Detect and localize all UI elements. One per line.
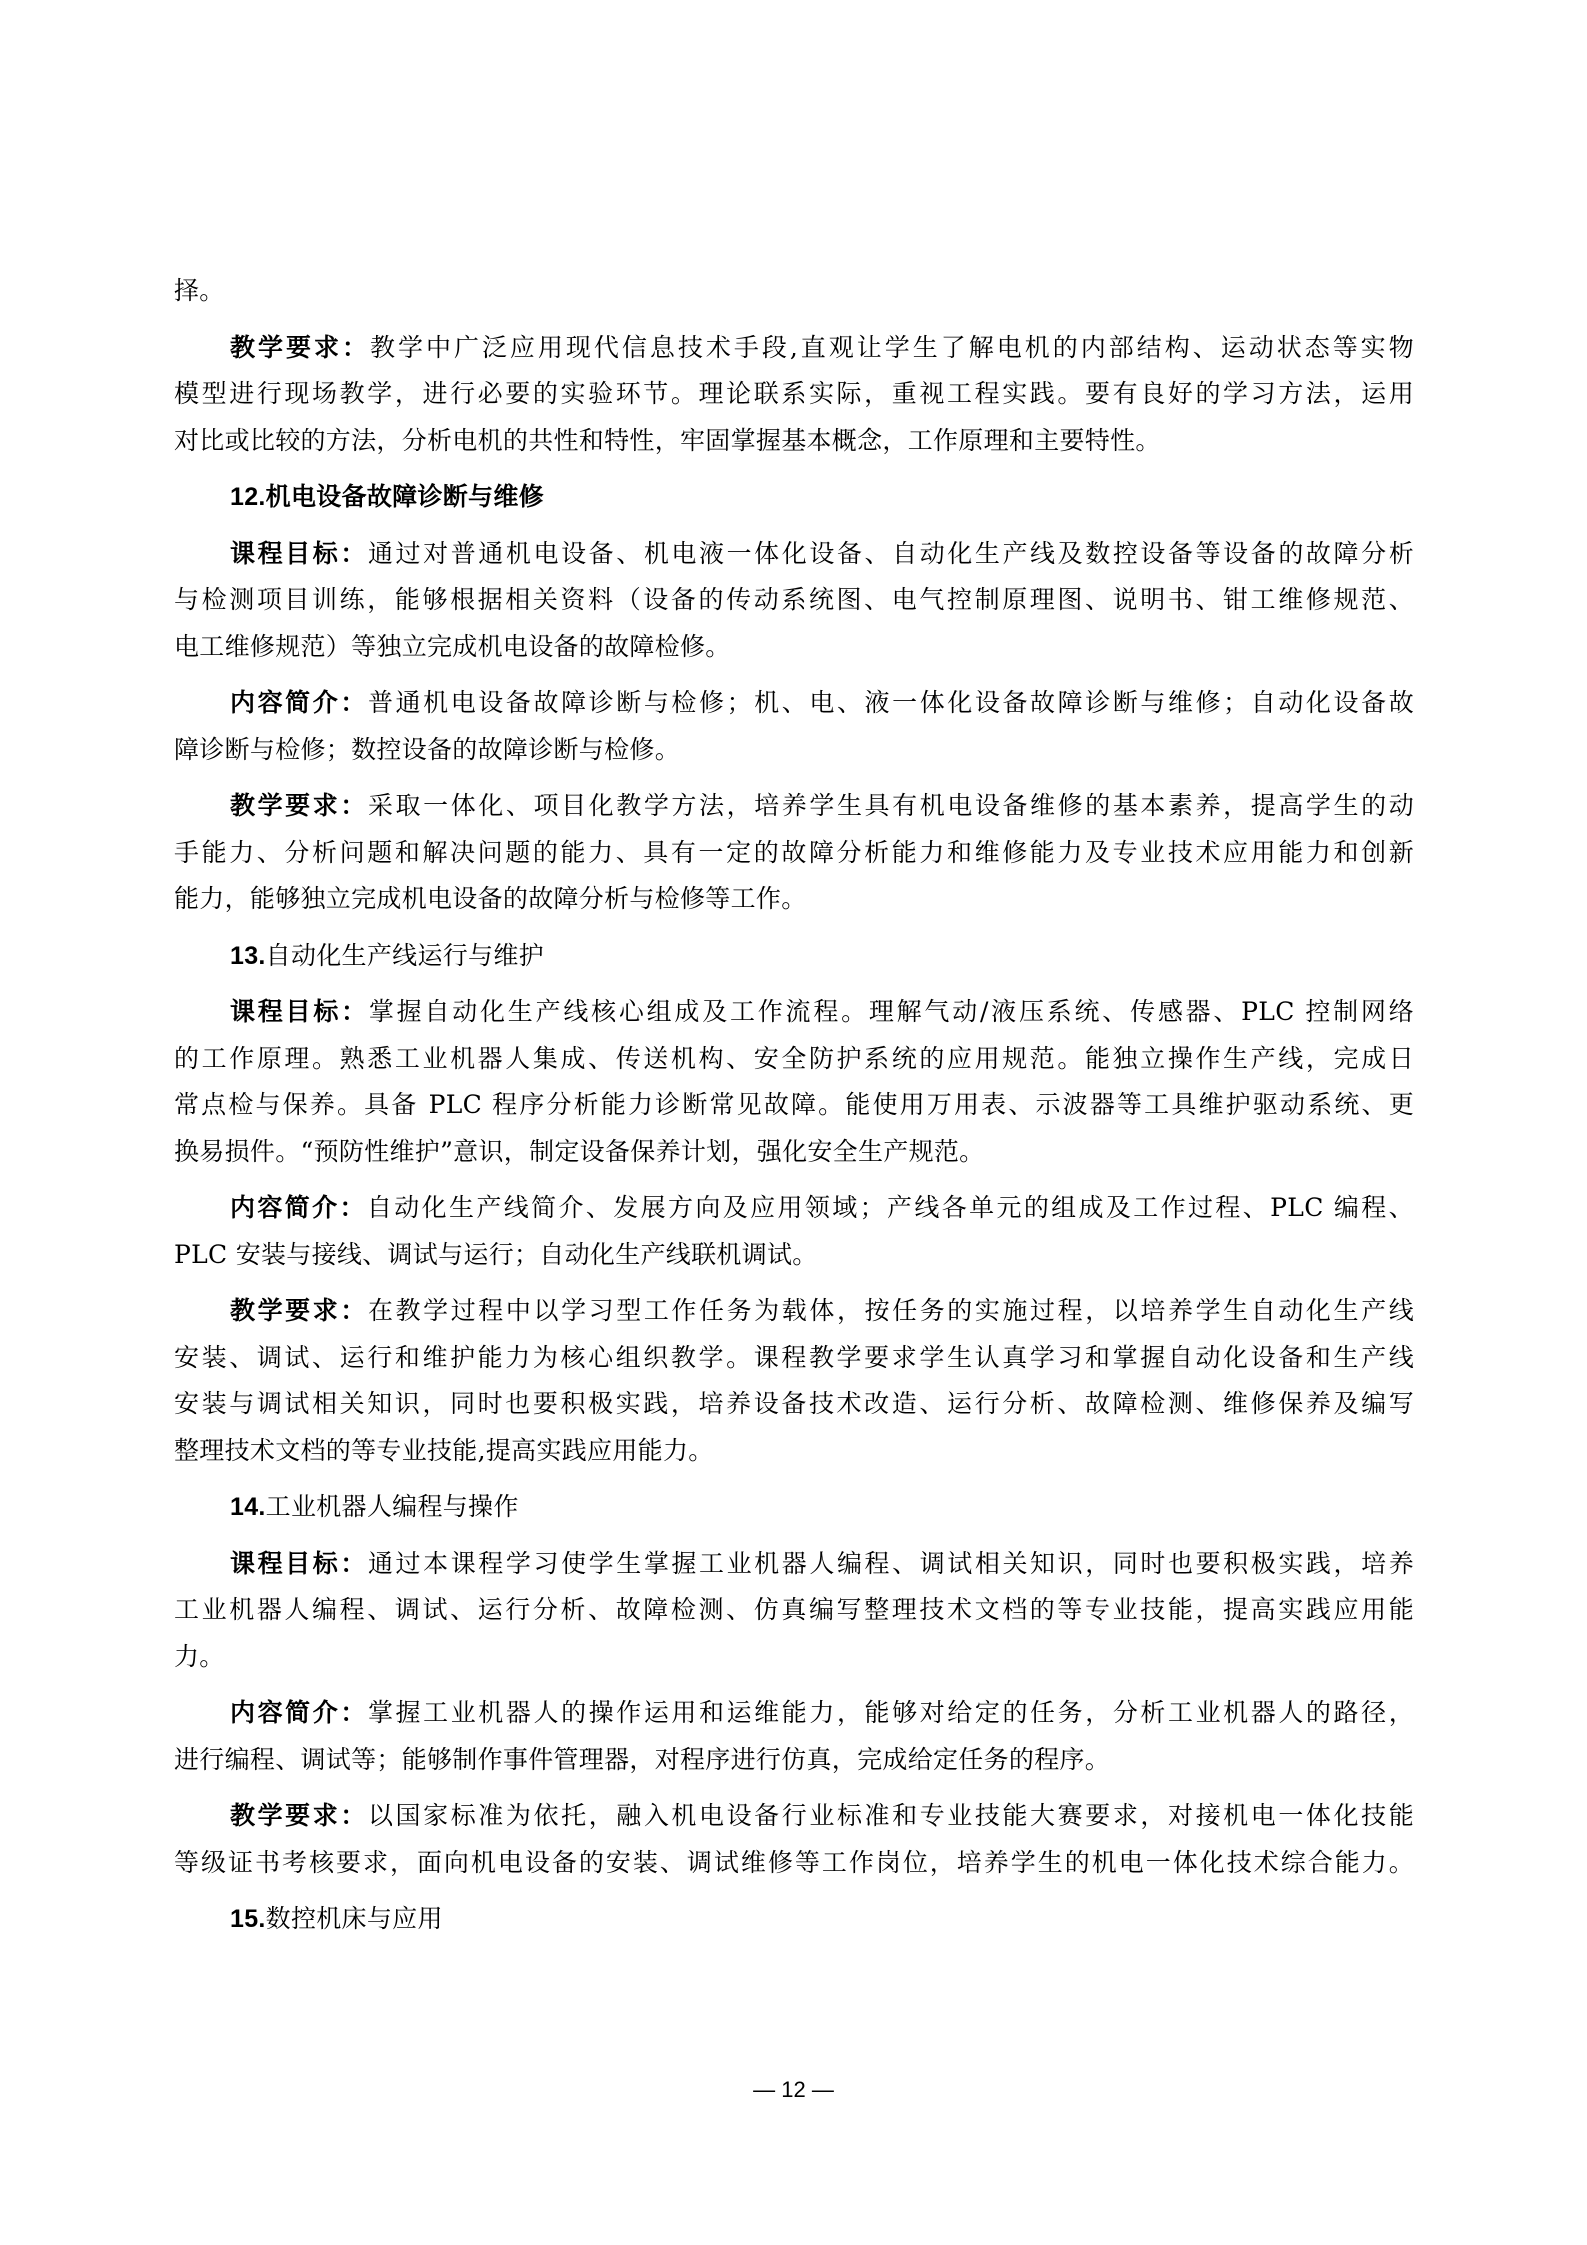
text-line: 课程目标：通过本课程学习使学生掌握工业机器人编程、调试相关知识，同时也要积极实践… bbox=[174, 1541, 1414, 1588]
heading-line: 12.机电设备故障诊断与维修 bbox=[174, 474, 1414, 521]
document-page: 择。 教学要求：教学中广泛应用现代信息技术手段,直观让学生了解电机的内部结构、运… bbox=[174, 268, 1414, 1953]
heading-title: 机电设备故障诊断与维修 bbox=[266, 482, 544, 511]
text-line: 安装与调试相关知识，同时也要积极实践，培养设备技术改造、运行分析、故障检测、维修… bbox=[174, 1381, 1414, 1428]
paragraph-course-objective: 课程目标：通过本课程学习使学生掌握工业机器人编程、调试相关知识，同时也要积极实践… bbox=[174, 1541, 1414, 1681]
text-line: 手能力、分析问题和解决问题的能力、具有一定的故障分析能力和维修能力及专业技术应用… bbox=[174, 830, 1414, 877]
text-line: 换易损件。“预防性维护”意识，制定设备保养计划，强化安全生产规范。 bbox=[174, 1129, 1414, 1176]
paragraph-text: 通过本课程学习使学生掌握工业机器人编程、调试相关知识，同时也要积极实践，培养 bbox=[368, 1549, 1414, 1578]
paragraph-label: 内容简介： bbox=[230, 688, 368, 717]
paragraph-label: 教学要求： bbox=[230, 333, 370, 362]
text-line: 课程目标：掌握自动化生产线核心组成及工作流程。理解气动/液压系统、传感器、PLC… bbox=[174, 989, 1414, 1036]
paragraph-text: 教学中广泛应用现代信息技术手段,直观让学生了解电机的内部结构、运动状态等实物 bbox=[370, 333, 1414, 362]
page-number: — 12 — bbox=[0, 2077, 1587, 2103]
text-line: 课程目标：通过对普通机电设备、机电液一体化设备、自动化生产线及数控设备等设备的故… bbox=[174, 531, 1414, 578]
text-line: 内容简介：普通机电设备故障诊断与检修；机、电、液一体化设备故障诊断与维修；自动化… bbox=[174, 680, 1414, 727]
heading-title: 工业机器人编程与操作 bbox=[266, 1492, 519, 1521]
paragraph-text: 在教学过程中以学习型工作任务为载体，按任务的实施过程，以培养学生自动化生产线 bbox=[368, 1296, 1414, 1325]
paragraph-text: 普通机电设备故障诊断与检修；机、电、液一体化设备故障诊断与维修；自动化设备故 bbox=[368, 688, 1414, 717]
text-line: 等级证书考核要求，面向机电设备的安装、调试维修等工作岗位，培养学生的机电一体化技… bbox=[174, 1840, 1414, 1887]
text-line: 对比或比较的方法，分析电机的共性和特性，牢固掌握基本概念，工作原理和主要特性。 bbox=[174, 418, 1414, 465]
paragraph-teaching-requirements: 教学要求：教学中广泛应用现代信息技术手段,直观让学生了解电机的内部结构、运动状态… bbox=[174, 325, 1414, 465]
section-heading-15: 15.数控机床与应用 bbox=[174, 1896, 1414, 1943]
paragraph-teaching-requirements: 教学要求：采取一体化、项目化教学方法，培养学生具有机电设备维修的基本素养，提高学… bbox=[174, 783, 1414, 923]
text-line: 教学要求：采取一体化、项目化教学方法，培养学生具有机电设备维修的基本素养，提高学… bbox=[174, 783, 1414, 830]
text-line: 模型进行现场教学，进行必要的实验环节。理论联系实际，重视工程实践。要有良好的学习… bbox=[174, 371, 1414, 418]
paragraph-label: 教学要求： bbox=[230, 1801, 368, 1830]
heading-number: 12. bbox=[230, 483, 266, 511]
text-line: PLC 安装与接线、调试与运行；自动化生产线联机调试。 bbox=[174, 1232, 1414, 1279]
paragraph-label: 教学要求： bbox=[230, 1296, 368, 1325]
heading-title: 数控机床与应用 bbox=[266, 1904, 443, 1933]
paragraph-label: 课程目标： bbox=[230, 1549, 368, 1578]
heading-title: 自动化生产线运行与维护 bbox=[266, 941, 544, 970]
text-line: 障诊断与检修；数控设备的故障诊断与检修。 bbox=[174, 727, 1414, 774]
text-line: 的工作原理。熟悉工业机器人集成、传送机构、安全防护系统的应用规范。能独立操作生产… bbox=[174, 1036, 1414, 1083]
text-line: 电工维修规范）等独立完成机电设备的故障检修。 bbox=[174, 624, 1414, 671]
text-line: 力。 bbox=[174, 1634, 1414, 1681]
text-line: 常点检与保养。具备 PLC 程序分析能力诊断常见故障。能使用万用表、示波器等工具… bbox=[174, 1082, 1414, 1129]
section-heading-14: 14.工业机器人编程与操作 bbox=[174, 1484, 1414, 1531]
paragraph-text: 通过对普通机电设备、机电液一体化设备、自动化生产线及数控设备等设备的故障分析 bbox=[368, 539, 1414, 568]
text-line: 与检测项目训练，能够根据相关资料（设备的传动系统图、电气控制原理图、说明书、钳工… bbox=[174, 577, 1414, 624]
paragraph-continuation: 择。 bbox=[174, 268, 1414, 315]
heading-number: 14. bbox=[230, 1493, 266, 1521]
text-line: 工业机器人编程、调试、运行分析、故障检测、仿真编写整理技术文档的等专业技能，提高… bbox=[174, 1587, 1414, 1634]
text-line: 进行编程、调试等；能够制作事件管理器，对程序进行仿真，完成给定任务的程序。 bbox=[174, 1737, 1414, 1784]
text-line: 内容简介：掌握工业机器人的操作运用和运维能力，能够对给定的任务，分析工业机器人的… bbox=[174, 1690, 1414, 1737]
text-line: 教学要求：教学中广泛应用现代信息技术手段,直观让学生了解电机的内部结构、运动状态… bbox=[174, 325, 1414, 372]
heading-number: 13. bbox=[230, 942, 266, 970]
paragraph-label: 内容简介： bbox=[230, 1698, 368, 1727]
section-heading-13: 13.自动化生产线运行与维护 bbox=[174, 933, 1414, 980]
text-line: 能力，能够独立完成机电设备的故障分析与检修等工作。 bbox=[174, 876, 1414, 923]
text-line: 内容简介：自动化生产线简介、发展方向及应用领域；产线各单元的组成及工作过程、PL… bbox=[174, 1185, 1414, 1232]
paragraph-teaching-requirements: 教学要求：在教学过程中以学习型工作任务为载体，按任务的实施过程，以培养学生自动化… bbox=[174, 1288, 1414, 1474]
section-heading-12: 12.机电设备故障诊断与维修 bbox=[174, 474, 1414, 521]
paragraph-label: 教学要求： bbox=[230, 791, 368, 820]
text-line: 安装、调试、运行和维护能力为核心组织教学。课程教学要求学生认真学习和掌握自动化设… bbox=[174, 1335, 1414, 1382]
paragraph-text: 掌握工业机器人的操作运用和运维能力，能够对给定的任务，分析工业机器人的路径， bbox=[368, 1698, 1414, 1727]
paragraph-label: 课程目标： bbox=[230, 539, 368, 568]
paragraph-content-summary: 内容简介：掌握工业机器人的操作运用和运维能力，能够对给定的任务，分析工业机器人的… bbox=[174, 1690, 1414, 1783]
text-line: 教学要求：以国家标准为依托，融入机电设备行业标准和专业技能大赛要求，对接机电一体… bbox=[174, 1793, 1414, 1840]
paragraph-text: 掌握自动化生产线核心组成及工作流程。理解气动/液压系统、传感器、PLC 控制网络 bbox=[369, 997, 1414, 1026]
text-line: 整理技术文档的等专业技能,提高实践应用能力。 bbox=[174, 1428, 1414, 1475]
heading-number: 15. bbox=[230, 1905, 266, 1933]
paragraph-content-summary: 内容简介：普通机电设备故障诊断与检修；机、电、液一体化设备故障诊断与维修；自动化… bbox=[174, 680, 1414, 773]
paragraph-course-objective: 课程目标：掌握自动化生产线核心组成及工作流程。理解气动/液压系统、传感器、PLC… bbox=[174, 989, 1414, 1175]
heading-line: 14.工业机器人编程与操作 bbox=[174, 1484, 1414, 1531]
paragraph-text: 以国家标准为依托，融入机电设备行业标准和专业技能大赛要求，对接机电一体化技能 bbox=[368, 1801, 1414, 1830]
heading-line: 15.数控机床与应用 bbox=[174, 1896, 1414, 1943]
heading-line: 13.自动化生产线运行与维护 bbox=[174, 933, 1414, 980]
paragraph-label: 课程目标： bbox=[230, 997, 369, 1026]
paragraph-course-objective: 课程目标：通过对普通机电设备、机电液一体化设备、自动化生产线及数控设备等设备的故… bbox=[174, 531, 1414, 671]
paragraph-text: 采取一体化、项目化教学方法，培养学生具有机电设备维修的基本素养，提高学生的动 bbox=[368, 791, 1414, 820]
paragraph-teaching-requirements: 教学要求：以国家标准为依托，融入机电设备行业标准和专业技能大赛要求，对接机电一体… bbox=[174, 1793, 1414, 1886]
paragraph-text: 自动化生产线简介、发展方向及应用领域；产线各单元的组成及工作过程、PLC 编程、 bbox=[367, 1193, 1414, 1222]
text-line: 教学要求：在教学过程中以学习型工作任务为载体，按任务的实施过程，以培养学生自动化… bbox=[174, 1288, 1414, 1335]
paragraph-label: 内容简介： bbox=[230, 1193, 367, 1222]
paragraph-content-summary: 内容简介：自动化生产线简介、发展方向及应用领域；产线各单元的组成及工作过程、PL… bbox=[174, 1185, 1414, 1278]
text-line: 择。 bbox=[174, 268, 1414, 315]
